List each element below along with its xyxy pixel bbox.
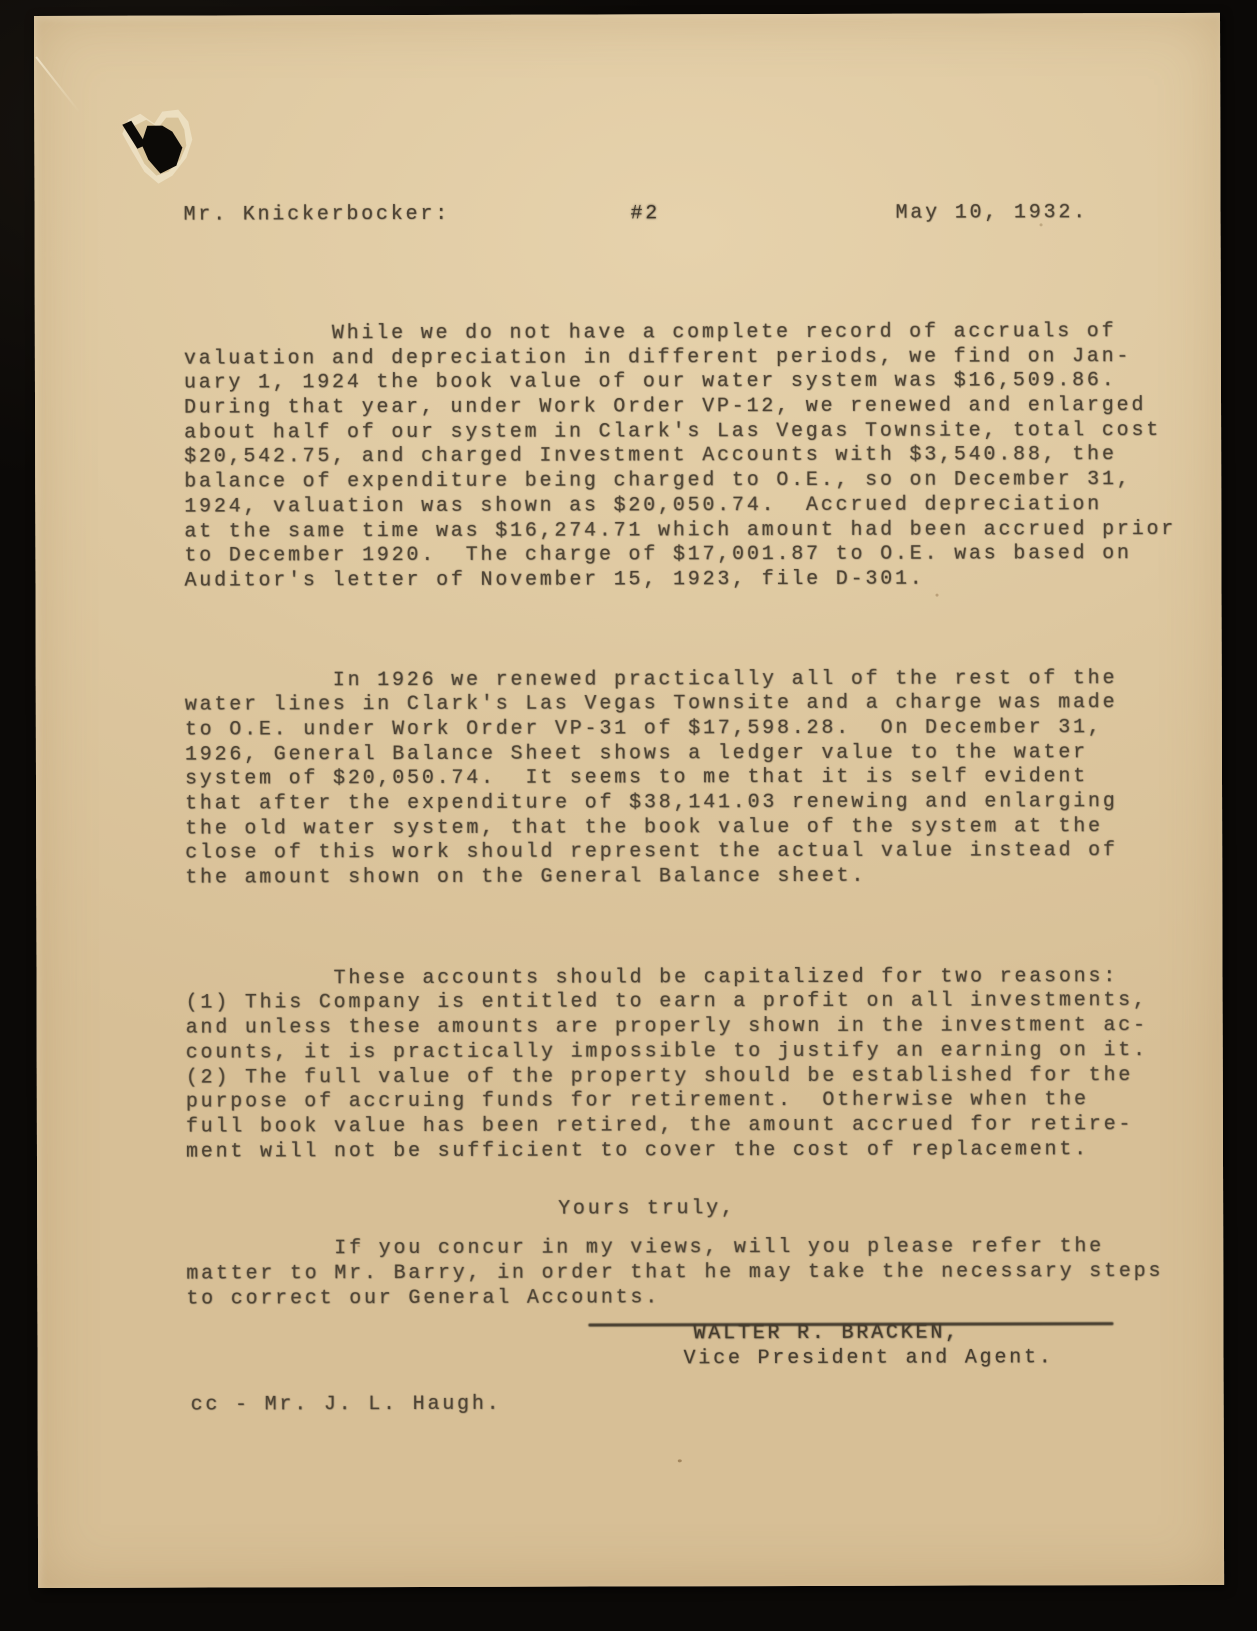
- text-line: about half of our system in Clark's Las …: [184, 419, 1194, 446]
- text-line: system of $20,050.74. It seems to me tha…: [185, 765, 1195, 792]
- text-line: water lines in Clark's Las Vegas Townsit…: [185, 691, 1195, 718]
- scan-background: Mr. Knickerbocker: #2 May 10, 1932. Whil…: [0, 0, 1257, 1631]
- letter-body: While we do not have a complete record o…: [184, 274, 1197, 1358]
- text-line: While we do not have a complete record o…: [184, 320, 1194, 347]
- text-line: ment will not be sufficient to cover the…: [186, 1138, 1196, 1165]
- paragraph-3: These accounts should be capitalized for…: [185, 965, 1196, 1165]
- paper-speck: [1040, 223, 1043, 226]
- signature-name: WALTER R. BRACKEN,: [693, 1322, 959, 1346]
- letter-header: Mr. Knickerbocker: #2 May 10, 1932.: [34, 201, 1220, 230]
- text-line: to correct our General Accounts.: [186, 1285, 1196, 1312]
- text-line: 1926, General Balance Sheet shows a ledg…: [185, 741, 1195, 768]
- cc-line: cc - Mr. J. L. Haugh.: [191, 1393, 502, 1417]
- page-number: #2: [630, 202, 660, 225]
- text-line: Auditor's letter of November 15, 1923, f…: [184, 567, 1194, 594]
- text-line: the amount shown on the General Balance …: [185, 864, 1195, 891]
- text-line: These accounts should be capitalized for…: [185, 965, 1195, 992]
- text-line: the old water system, that the book valu…: [185, 815, 1195, 842]
- text-line: to December 1920. The charge of $17,001.…: [184, 542, 1194, 569]
- paragraph-2: In 1926 we renewed practically all of th…: [185, 667, 1196, 892]
- text-line: and unless these amounts are properly sh…: [186, 1014, 1196, 1041]
- text-line: matter to Mr. Barry, in order that he ma…: [186, 1260, 1196, 1287]
- text-line: (2) The full value of the property shoul…: [186, 1063, 1196, 1090]
- text-line: If you concur in my views, will you plea…: [186, 1235, 1196, 1262]
- closing-line: Yours truly,: [558, 1197, 736, 1220]
- text-line: that after the expenditure of $38,141.03…: [185, 790, 1195, 817]
- text-line: purpose of accruing funds for retirement…: [186, 1088, 1196, 1115]
- text-line: uary 1, 1924 the book value of our water…: [184, 369, 1194, 396]
- paragraph-1: While we do not have a complete record o…: [184, 320, 1195, 594]
- text-line: to O.E. under Work Order VP-31 of $17,59…: [185, 716, 1195, 743]
- signature-title: Vice President and Agent.: [683, 1346, 1053, 1370]
- text-line: $20,542.75, and charged Investment Accou…: [184, 443, 1194, 470]
- text-line: (1) This Company is entitled to earn a p…: [186, 989, 1196, 1016]
- torn-hole: [110, 100, 220, 200]
- paragraph-4: If you concur in my views, will you plea…: [186, 1235, 1196, 1312]
- text-line: counts, it is practically impossible to …: [186, 1039, 1196, 1066]
- paper-speck: [357, 1245, 360, 1247]
- text-line: balance of expenditure being charged to …: [184, 468, 1194, 495]
- date-line: May 10, 1932.: [895, 201, 1087, 225]
- text-line: close of this work should represent the …: [185, 839, 1195, 866]
- text-line: During that year, under Work Order VP-12…: [184, 394, 1194, 421]
- letter-page: Mr. Knickerbocker: #2 May 10, 1932. Whil…: [34, 13, 1224, 1588]
- corner-crease: [35, 56, 80, 112]
- paper-speck: [936, 594, 939, 597]
- text-line: 1924, valuation was shown as $20,050.74.…: [184, 493, 1194, 520]
- text-line: at the same time was $16,274.71 which am…: [184, 517, 1194, 544]
- paper-speck: [678, 1459, 682, 1462]
- recipient-line: Mr. Knickerbocker:: [183, 203, 449, 227]
- text-line: In 1926 we renewed practically all of th…: [185, 667, 1195, 694]
- text-line: full book value has been retired, the am…: [186, 1113, 1196, 1140]
- text-line: valuation and depreciation in different …: [184, 345, 1194, 372]
